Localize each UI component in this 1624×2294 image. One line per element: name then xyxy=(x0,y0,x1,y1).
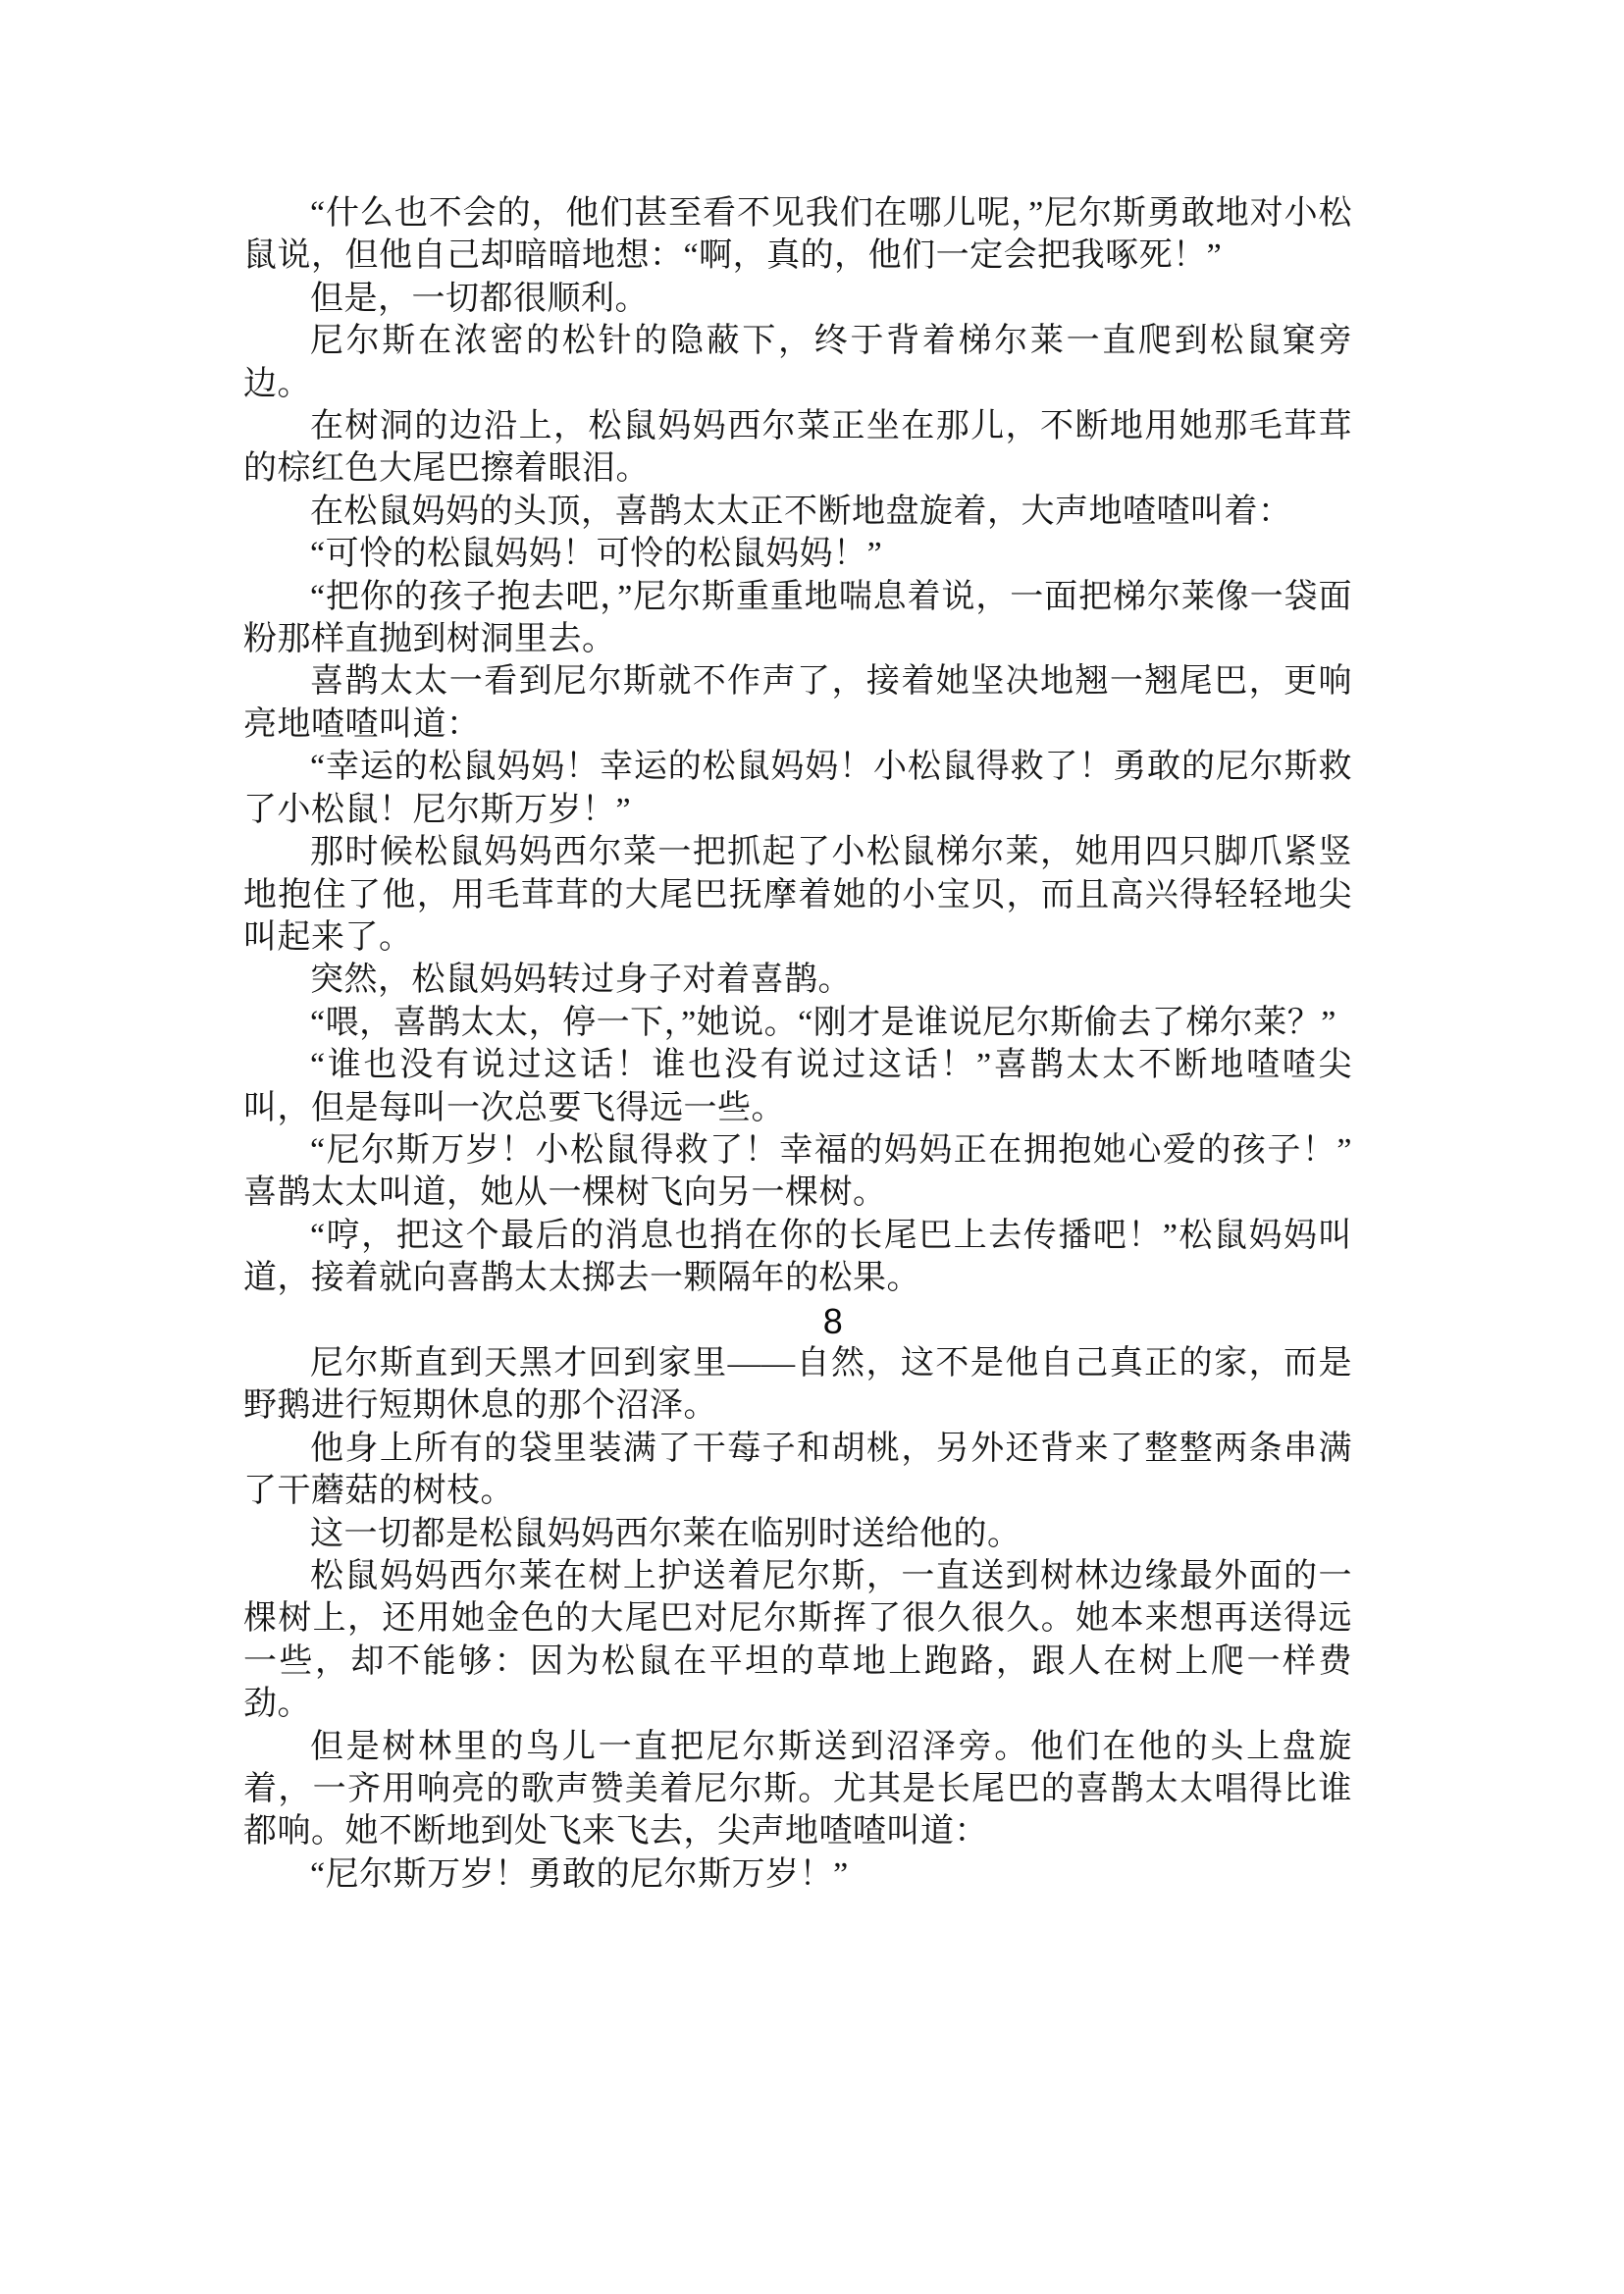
document-page: “什么也不会的，他们甚至看不见我们在哪儿呢，”尼尔斯勇敢地对小松鼠说，但他自己却… xyxy=(0,0,1624,2294)
paragraph-13: “谁也没有说过这话！谁也没有说过这话！”喜鹊太太不断地喳喳尖叫，但是每叫一次总要… xyxy=(243,1044,1352,1129)
paragraph-2: 但是，一切都很顺利。 xyxy=(243,278,1352,320)
paragraph-3: 尼尔斯在浓密的松针的隐蔽下，终于背着梯尔莱一直爬到松鼠窠旁边。 xyxy=(243,320,1352,405)
chapter-number-heading: 8 xyxy=(243,1300,1352,1342)
paragraph-11: 突然，松鼠妈妈转过身子对着喜鹊。 xyxy=(243,959,1352,1001)
paragraph-20: 但是树林里的鸟儿一直把尼尔斯送到沼泽旁。他们在他的头上盘旋着，一齐用响亮的歌声赞… xyxy=(243,1726,1352,1853)
paragraph-5: 在松鼠妈妈的头顶，喜鹊太太正不断地盘旋着，大声地喳喳叫着： xyxy=(243,491,1352,533)
paragraph-6: “可怜的松鼠妈妈！可怜的松鼠妈妈！” xyxy=(243,533,1352,575)
paragraph-9: “幸运的松鼠妈妈！幸运的松鼠妈妈！小松鼠得救了！勇敢的尼尔斯救了小松鼠！尼尔斯万… xyxy=(243,746,1352,831)
paragraph-12: “喂，喜鹊太太，停一下，”她说。“刚才是谁说尼尔斯偷去了梯尔莱？” xyxy=(243,1002,1352,1044)
paragraph-15: “哼，把这个最后的消息也捎在你的长尾巴上去传播吧！”松鼠妈妈叫道，接着就向喜鹊太… xyxy=(243,1215,1352,1300)
paragraph-19: 松鼠妈妈西尔莱在树上护送着尼尔斯，一直送到树林边缘最外面的一棵树上，还用她金色的… xyxy=(243,1555,1352,1726)
paragraph-8: 喜鹊太太一看到尼尔斯就不作声了，接着她坚决地翘一翘尾巴，更响亮地喳喳叫道： xyxy=(243,660,1352,746)
paragraph-17: 他身上所有的袋里装满了干莓子和胡桃，另外还背来了整整两条串满了干蘑菇的树枝。 xyxy=(243,1428,1352,1513)
paragraph-21: “尼尔斯万岁！勇敢的尼尔斯万岁！” xyxy=(243,1853,1352,1896)
paragraph-14: “尼尔斯万岁！小松鼠得救了！幸福的妈妈正在拥抱她心爱的孩子！”喜鹊太太叫道，她从… xyxy=(243,1129,1352,1215)
paragraph-16: 尼尔斯直到天黑才回到家里——自然，这不是他自己真正的家，而是野鹅进行短期休息的那… xyxy=(243,1342,1352,1428)
paragraph-1: “什么也不会的，他们甚至看不见我们在哪儿呢，”尼尔斯勇敢地对小松鼠说，但他自己却… xyxy=(243,192,1352,278)
paragraph-10: 那时候松鼠妈妈西尔菜一把抓起了小松鼠梯尔莱，她用四只脚爪紧竖地抱住了他，用毛茸茸… xyxy=(243,831,1352,959)
paragraph-7: “把你的孩子抱去吧，”尼尔斯重重地喘息着说，一面把梯尔莱像一袋面粉那样直抛到树洞… xyxy=(243,576,1352,661)
paragraph-4: 在树洞的边沿上，松鼠妈妈西尔菜正坐在那儿，不断地用她那毛茸茸的棕红色大尾巴擦着眼… xyxy=(243,405,1352,491)
text-column: “什么也不会的，他们甚至看不见我们在哪儿呢，”尼尔斯勇敢地对小松鼠说，但他自己却… xyxy=(243,192,1352,1896)
paragraph-18: 这一切都是松鼠妈妈西尔莱在临别时送给他的。 xyxy=(243,1513,1352,1555)
